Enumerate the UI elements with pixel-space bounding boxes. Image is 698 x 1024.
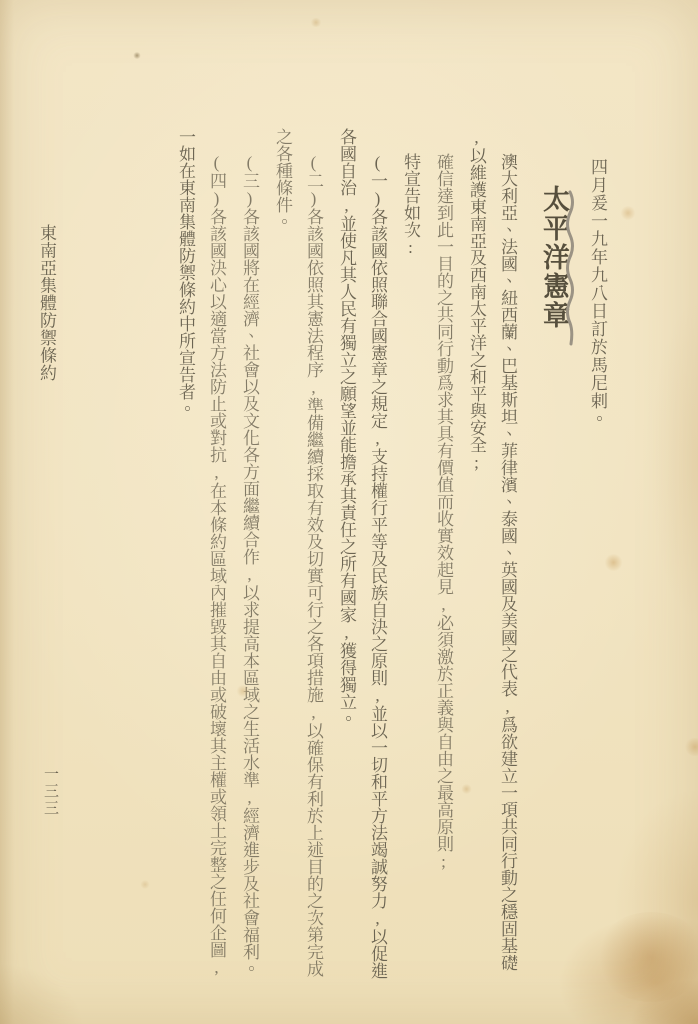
item-3: (三)各該國將在經濟、社會以及文化各方面繼續合作,以求提高本區域之生活水準,經濟… (234, 128, 265, 986)
paper-stain (133, 52, 141, 59)
text-column: 確信達到此一目的之共同行動爲求其具有價值而收實效起見,必須激於正義與自由之最高原… (428, 128, 459, 986)
text-column: 一如在東南集體防禦條約中所宣告者。 (170, 128, 201, 986)
dateline: 四月爰一九年九八日訂於馬尼剌。 (580, 128, 614, 986)
text-column: ,以維護東南亞及西南太平洋之和平與安全; (461, 128, 492, 986)
item-4: (四)各該國決心以適當方法防止或對抗,在本條約區域內摧毀其自由或破壞其主權或領土… (170, 128, 232, 986)
text-column: 各國自治,並使凡其人民有獨立之願望並能擔承其責任之所有國家,獲得獨立。 (331, 128, 362, 986)
text-column: (一)各該國依照聯合國憲章之規定,支持權行平等及民族自決之原則,並以一切和平方法… (362, 128, 393, 986)
title-emphasis-wave (564, 190, 576, 348)
text-column: 特宣告如次: (395, 128, 426, 986)
text-column: (三)各該國將在經濟、社會以及文化各方面繼續合作,以求提高本區域之生活水準,經濟… (234, 128, 265, 986)
margin-label: 東南亞集體防禦條約 (34, 224, 58, 382)
paper-stain (620, 206, 636, 220)
declaration-lead: 特宣告如次: (395, 128, 426, 986)
paper-stain (140, 880, 150, 889)
text-column: 澳大利亞、法國、紐西蘭、巴基斯坦、菲律濱、泰國、英國及美國之代表,爲欲建立一項共… (492, 128, 523, 986)
preamble-paragraph: 確信達到此一目的之共同行動爲求其具有價值而收實效起見,必須激於正義與自由之最高原… (428, 128, 459, 986)
scanned-document-page: 四月爰一九年九八日訂於馬尼剌。 太平洋憲章 澳大利亞、法國、紐西蘭、巴基斯坦、菲… (0, 0, 698, 1024)
item-1: (一)各該國依照聯合國憲章之規定,支持權行平等及民族自決之原則,並以一切和平方法… (331, 128, 393, 986)
document-body: 四月爰一九年九八日訂於馬尼剌。 太平洋憲章 澳大利亞、法國、紐西蘭、巴基斯坦、菲… (152, 128, 614, 986)
page-title: 太平洋憲章 (531, 128, 577, 986)
item-2: (二)各該國依照其憲法程序,準備繼續採取有效及切實可行之各項措施,以確保有利於上… (267, 128, 329, 986)
text-column: (四)各該國決心以適當方法防止或對抗,在本條約區域內摧毀其自由或破壞其主權或領土… (201, 128, 232, 986)
paper-stain (684, 738, 698, 756)
page-number: 一三三 (41, 766, 59, 817)
text-column: (二)各該國依照其憲法程序,準備繼續採取有效及切實可行之各項措施,以確保有利於上… (298, 128, 329, 986)
preamble-paragraph: 澳大利亞、法國、紐西蘭、巴基斯坦、菲律濱、泰國、英國及美國之代表,爲欲建立一項共… (461, 128, 523, 986)
paper-stain (310, 18, 322, 27)
text-column: 之各種條件。 (267, 128, 298, 986)
